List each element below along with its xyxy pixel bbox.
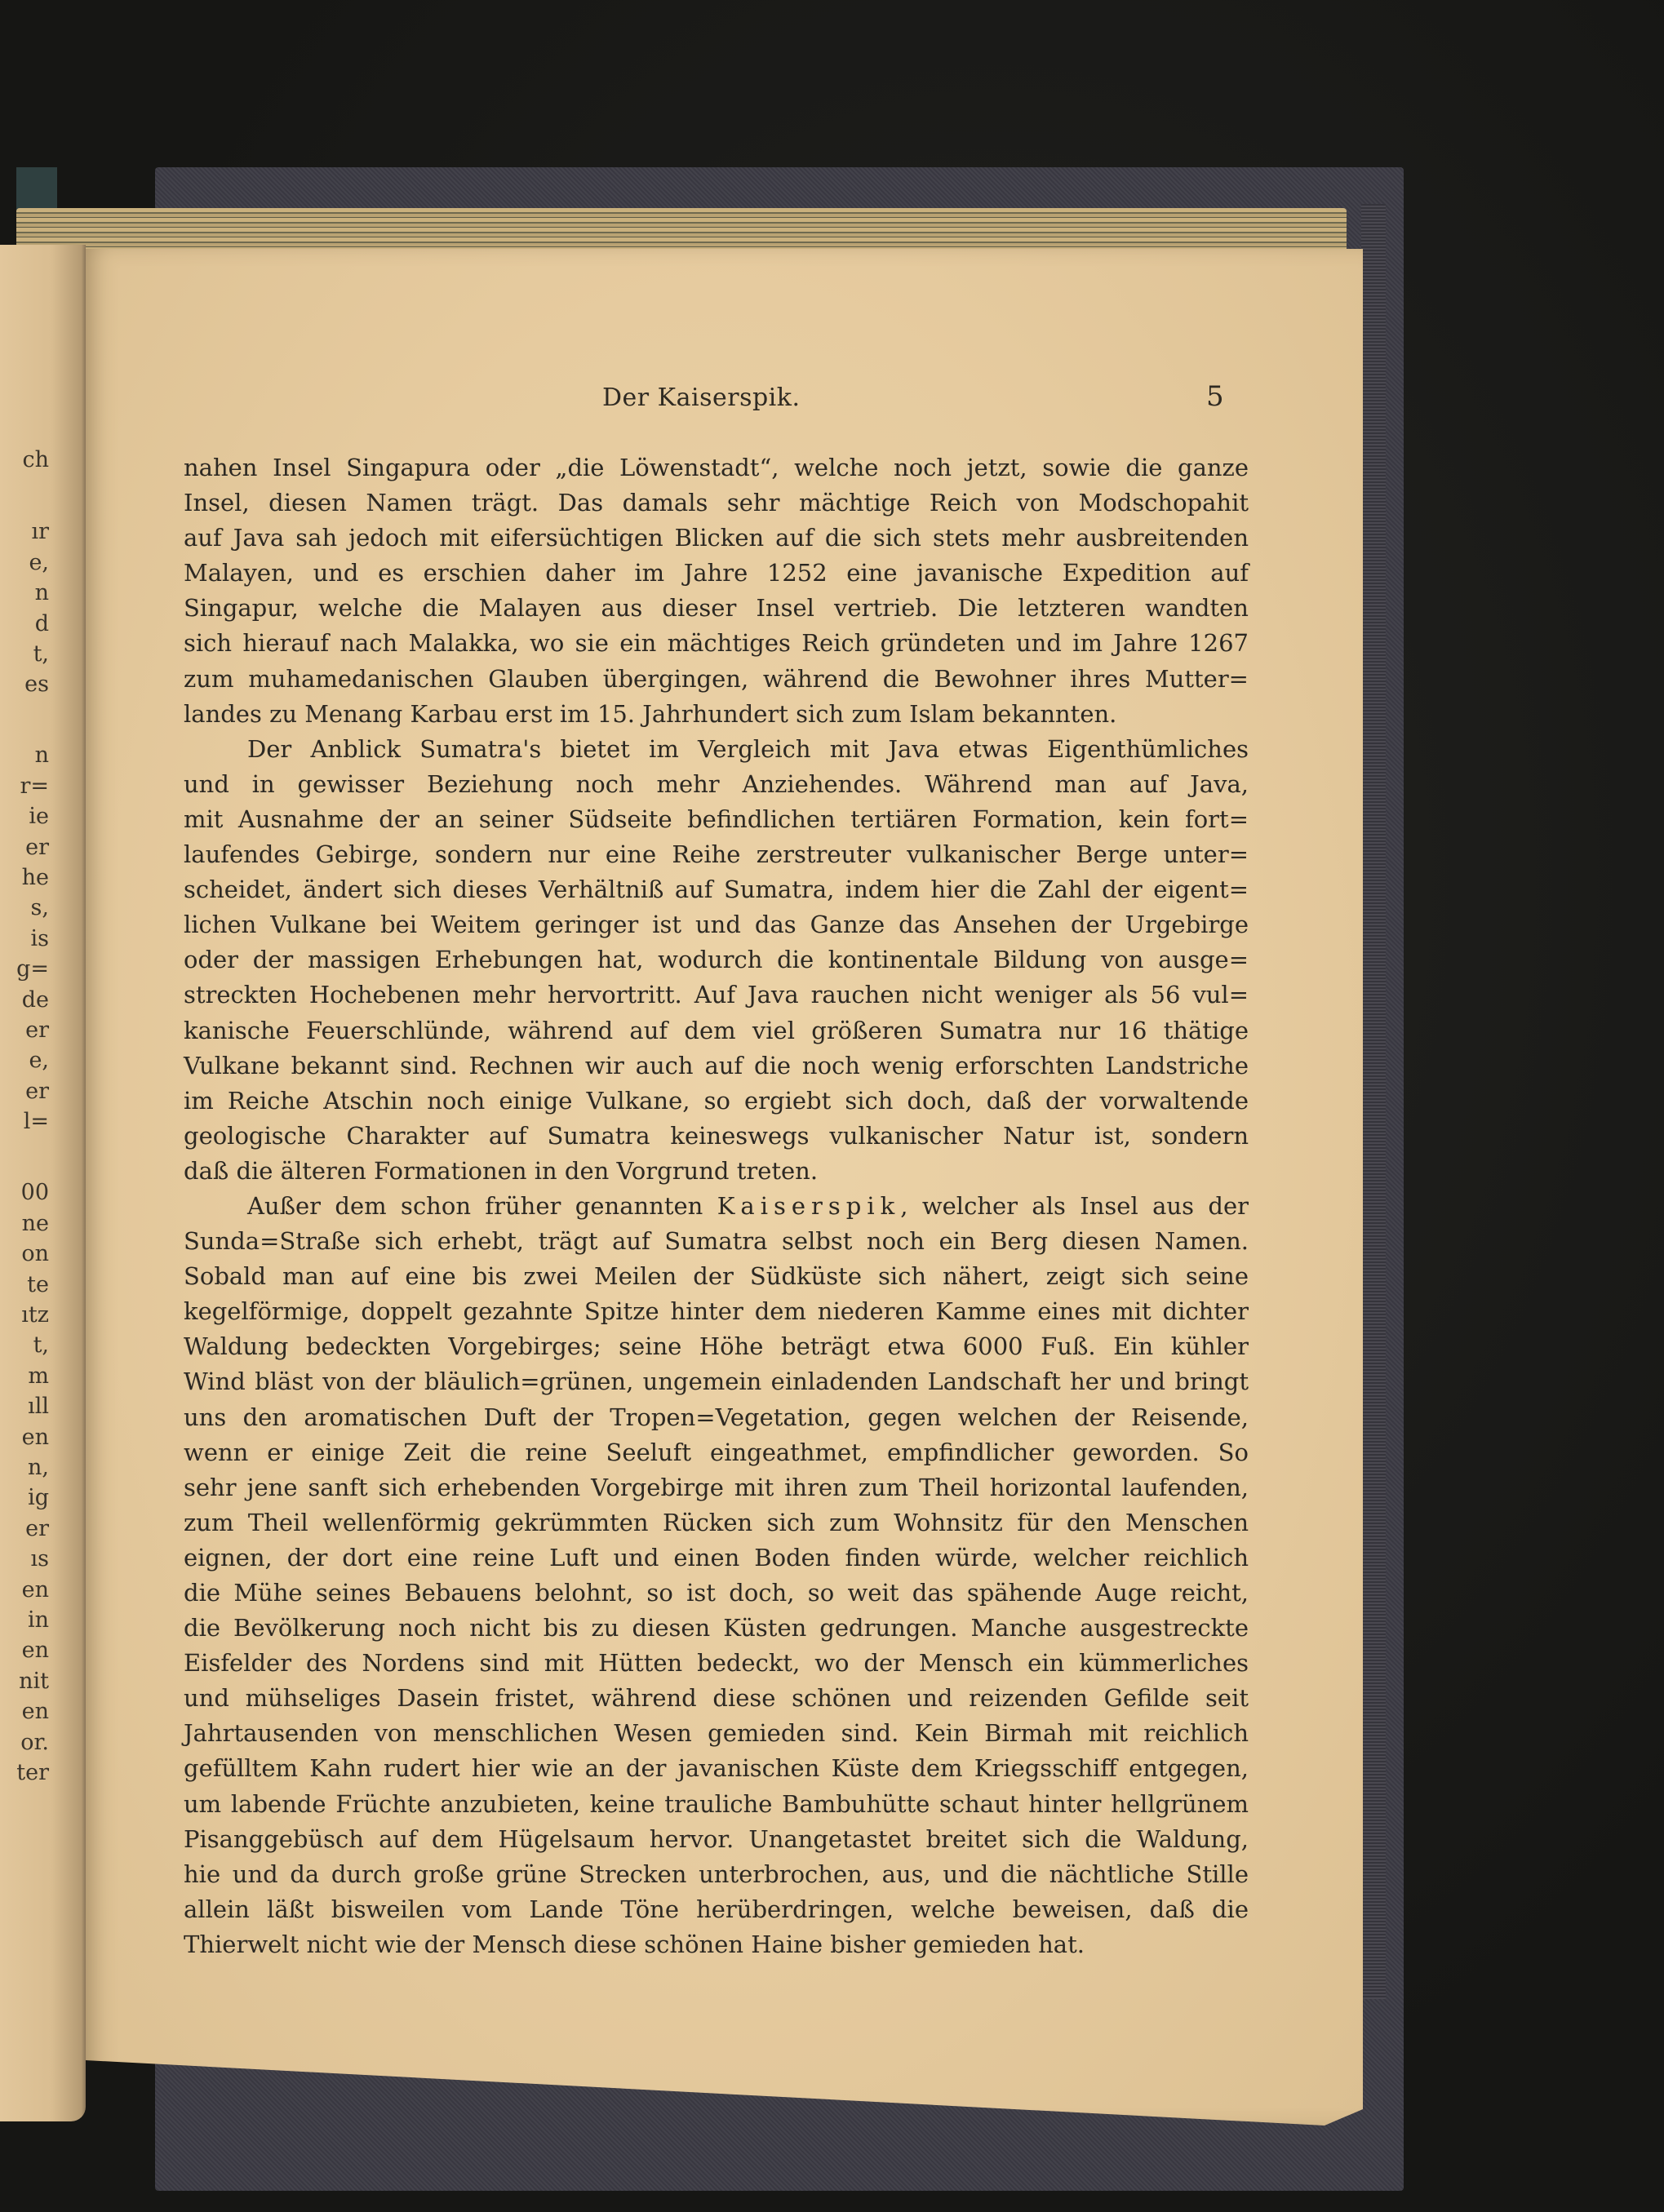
text-line: auf Java sah jedoch mit eifersüchtigen B… bbox=[184, 521, 1249, 556]
left-page-text-fragment: en bbox=[0, 1426, 49, 1448]
left-page-text-fragment: en bbox=[0, 1700, 49, 1722]
page-edges bbox=[16, 208, 1347, 255]
text-line: und mühseliges Dasein fristet, während d… bbox=[184, 1681, 1249, 1716]
text-line: hie und da durch große grüne Strecken un… bbox=[184, 1857, 1249, 1892]
text-line: zum Theil wellenförmig gekrümmten Rücken… bbox=[184, 1505, 1249, 1540]
left-page-text-fragment: e, bbox=[0, 552, 49, 574]
text-line: kanische Feuerschlünde, während auf dem … bbox=[184, 1013, 1249, 1048]
left-page-text-fragment: n bbox=[0, 582, 49, 604]
left-page-text-fragment: nit bbox=[0, 1670, 49, 1692]
left-page-text-fragment: 00 bbox=[0, 1181, 49, 1204]
left-page-text-fragment: es bbox=[0, 673, 49, 695]
left-page-text-fragment: he bbox=[0, 867, 49, 889]
text-line: lichen Vulkane bei Weitem geringer ist u… bbox=[184, 907, 1249, 942]
text-line: und in gewisser Beziehung noch mehr Anzi… bbox=[184, 767, 1249, 802]
left-page-text-fragment: ie bbox=[0, 805, 49, 827]
left-page-text-fragment: d bbox=[0, 613, 49, 635]
text-line: gefülltem Kahn rudert hier wie an der ja… bbox=[184, 1751, 1249, 1786]
left-page-text-fragment: ıtz bbox=[0, 1304, 49, 1326]
left-page-text-fragment: ter bbox=[0, 1762, 49, 1784]
left-page-text-fragment: ig bbox=[0, 1487, 49, 1509]
left-page-text-fragment: t, bbox=[0, 1334, 49, 1356]
text-line: sehr jene sanft sich erhebenden Vorgebir… bbox=[184, 1470, 1249, 1505]
left-page-text-fragment: l= bbox=[0, 1110, 49, 1133]
left-page-text-fragment: te bbox=[0, 1274, 49, 1296]
text-line: allein läßt bisweilen vom Lande Töne her… bbox=[184, 1892, 1249, 1927]
left-page-text-fragment: g= bbox=[0, 958, 49, 980]
text-line: um labende Früchte anzubieten, keine tra… bbox=[184, 1787, 1249, 1822]
running-head: Der Kaiserspik. bbox=[602, 383, 800, 412]
text-line: die Mühe seines Bebauens belohnt, so ist… bbox=[184, 1576, 1249, 1611]
left-facing-page: chıre,ndt,esnr=ieerhes,isg=deere,erl=00n… bbox=[0, 245, 86, 2121]
left-page-text-fragment: er bbox=[0, 836, 49, 858]
text-line: im Reiche Atschin noch einige Vulkane, s… bbox=[184, 1084, 1249, 1119]
text-line: Der Anblick Sumatra's bietet im Vergleic… bbox=[184, 732, 1249, 767]
left-page-text-fragment: ır bbox=[0, 521, 49, 543]
text-line: Wind bläst von der bläulich=grünen, unge… bbox=[184, 1364, 1249, 1399]
text-line: eignen, der dort eine reine Luft und ein… bbox=[184, 1540, 1249, 1576]
text-line: Sunda=Straße sich erhebt, trägt auf Suma… bbox=[184, 1224, 1249, 1259]
left-page-text-fragment: er bbox=[0, 1080, 49, 1102]
left-page-text-fragment: or. bbox=[0, 1731, 49, 1753]
left-page-text-fragment: m bbox=[0, 1365, 49, 1387]
left-page-text-fragment: er bbox=[0, 1518, 49, 1540]
body-text: nahen Insel Singapura oder „die Löwensta… bbox=[184, 450, 1249, 1962]
text-line: Sobald man auf eine bis zwei Meilen der … bbox=[184, 1259, 1249, 1294]
text-line: Jahrtausenden von menschlichen Wesen gem… bbox=[184, 1716, 1249, 1751]
left-page-text-fragment: ne bbox=[0, 1212, 49, 1235]
left-page-text-fragment: on bbox=[0, 1243, 49, 1265]
text-line: geologische Charakter auf Sumatra keines… bbox=[184, 1119, 1249, 1154]
left-page-text-fragment: ch bbox=[0, 449, 49, 471]
text-line: oder der massigen Erhebungen hat, wodurc… bbox=[184, 942, 1249, 977]
text-line: scheidet, ändert sich dieses Verhältniß … bbox=[184, 872, 1249, 907]
text-line: landes zu Menang Karbau erst im 15. Jahr… bbox=[184, 697, 1249, 732]
left-page-text-fragment: n, bbox=[0, 1456, 49, 1478]
left-page-text-fragment: in bbox=[0, 1609, 49, 1631]
text-line: Vulkane bekannt sind. Rechnen wir auch a… bbox=[184, 1048, 1249, 1084]
text-line: uns den aromatischen Duft der Tropen=Veg… bbox=[184, 1400, 1249, 1435]
text-line: Thierwelt nicht wie der Mensch diese sch… bbox=[184, 1927, 1249, 1962]
text-line: Insel, diesen Namen trägt. Das damals se… bbox=[184, 485, 1249, 521]
text-line: nahen Insel Singapura oder „die Löwensta… bbox=[184, 450, 1249, 485]
page-number: 5 bbox=[1206, 380, 1224, 413]
text-line: daß die älteren Formationen in den Vorgr… bbox=[184, 1154, 1249, 1189]
emphasized-term: Kaiserspik bbox=[717, 1192, 900, 1220]
left-page-text-fragment: r= bbox=[0, 775, 49, 797]
book-cover-edge bbox=[1361, 204, 1386, 1999]
left-page-text-fragment: n bbox=[0, 744, 49, 766]
left-page-text-fragment: s, bbox=[0, 897, 49, 919]
left-page-text-fragment: t, bbox=[0, 643, 49, 665]
left-page-text-fragment: en bbox=[0, 1579, 49, 1601]
text-line: laufendes Gebirge, sondern nur eine Reih… bbox=[184, 837, 1249, 872]
text-line: Singapur, welche die Malayen aus dieser … bbox=[184, 591, 1249, 626]
text-line: wenn er einige Zeit die reine Seeluft ei… bbox=[184, 1435, 1249, 1470]
text-line: Eisfelder des Nordens sind mit Hütten be… bbox=[184, 1646, 1249, 1681]
text-line: Waldung bedeckten Vorgebirges; seine Höh… bbox=[184, 1329, 1249, 1364]
left-page-text-fragment: ıs bbox=[0, 1548, 49, 1570]
text-line: streckten Hochebenen mehr hervortritt. A… bbox=[184, 977, 1249, 1013]
text-line: mit Ausnahme der an seiner Südseite befi… bbox=[184, 802, 1249, 837]
text-line: die Bevölkerung noch nicht bis zu diesen… bbox=[184, 1611, 1249, 1646]
text-line: zum muhamedanischen Glauben übergingen, … bbox=[184, 662, 1249, 697]
text-line: Malayen, und es erschien daher im Jahre … bbox=[184, 556, 1249, 591]
left-page-text-fragment: ıll bbox=[0, 1395, 49, 1417]
left-page-text-fragment: e, bbox=[0, 1049, 49, 1071]
left-page-text-fragment: is bbox=[0, 928, 49, 950]
left-page-text-fragment: en bbox=[0, 1639, 49, 1661]
text-line: sich hierauf nach Malakka, wo sie ein mä… bbox=[184, 626, 1249, 661]
text-line: kegelförmige, doppelt gezahnte Spitze hi… bbox=[184, 1294, 1249, 1329]
text-line: Pisanggebüsch auf dem Hügelsaum hervor. … bbox=[184, 1822, 1249, 1857]
left-page-text-fragment: er bbox=[0, 1019, 49, 1041]
text-line: Außer dem schon früher genannten Kaisers… bbox=[184, 1189, 1249, 1224]
left-page-text-fragment: de bbox=[0, 989, 49, 1011]
